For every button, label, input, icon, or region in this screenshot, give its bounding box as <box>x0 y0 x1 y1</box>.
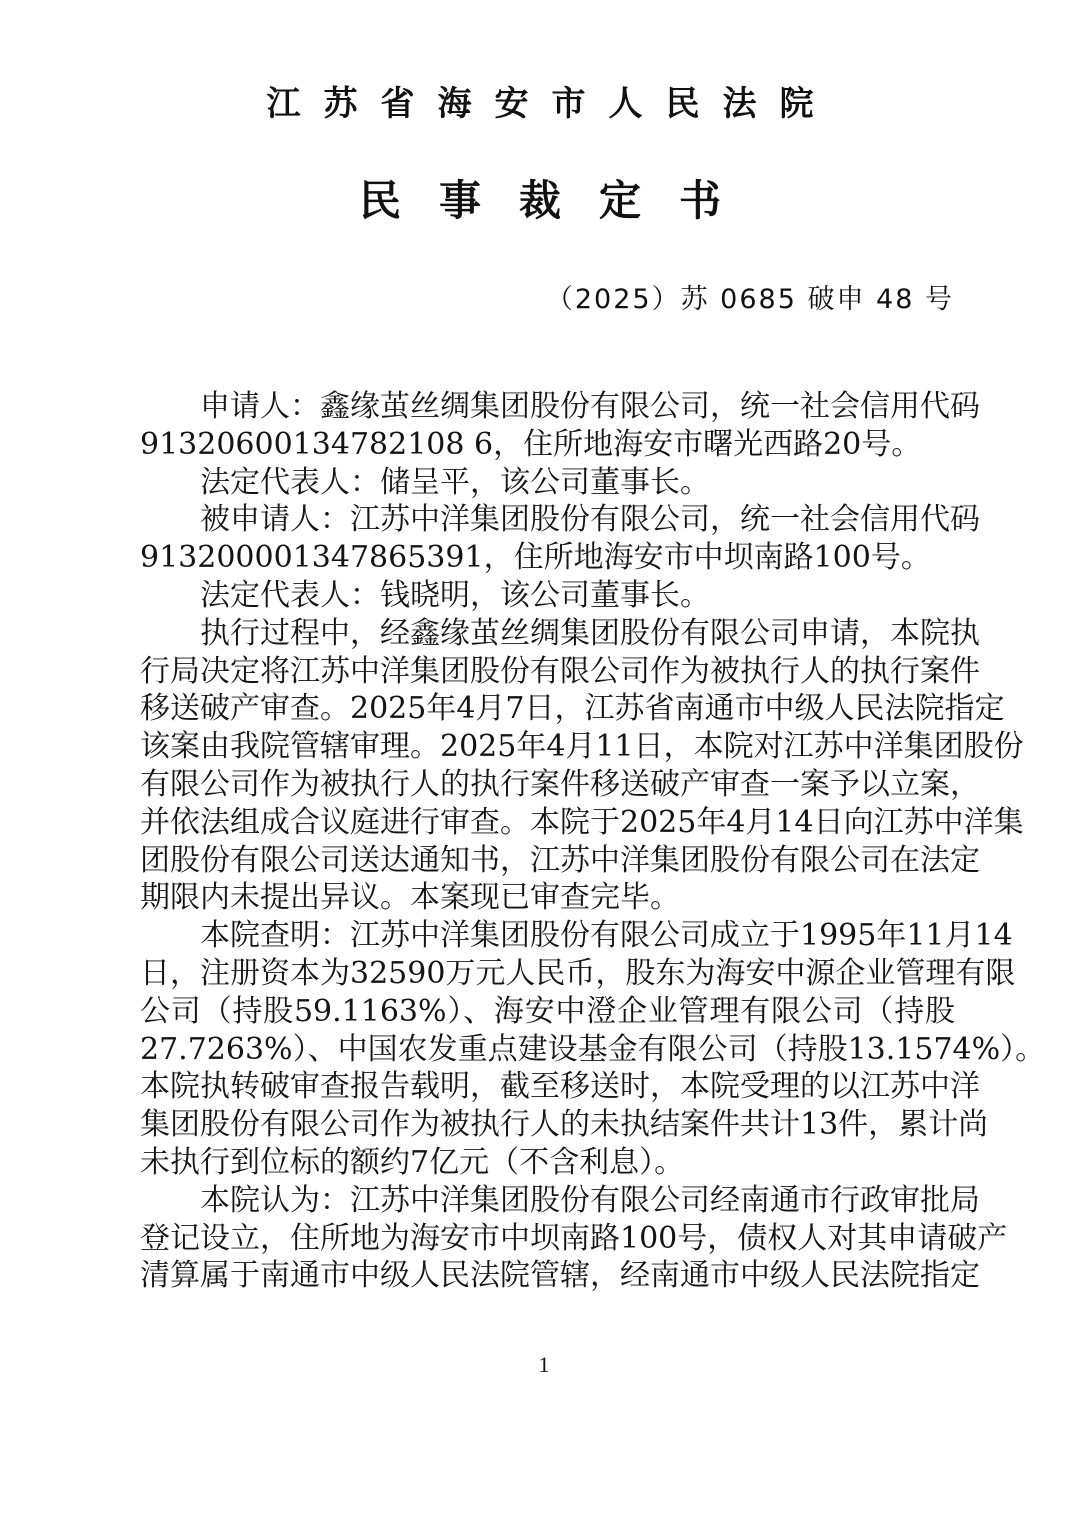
document-type-heading: 民事裁定书 <box>0 172 1080 230</box>
paragraph-line: 本院查明：江苏中洋集团股份有限公司成立于1995年11月14 <box>140 917 955 955</box>
court-name-heading: 江苏省海安市人民法院 <box>0 80 1080 128</box>
paragraph-line: 清算属于南通市中级人民法院管辖，经南通市中级人民法院指定 <box>140 1257 955 1295</box>
paragraph-line: 有限公司作为被执行人的执行案件移送破产审查一案予以立案， <box>140 766 955 804</box>
document-page: 江苏省海安市人民法院 民事裁定书 （2025）苏 0685 破申 48 号 申请… <box>0 0 1080 1528</box>
paragraph-line: 913200001347865391，住所地海安市中坝南路100号。 <box>140 539 955 577</box>
page-number: 1 <box>0 1352 1080 1378</box>
ruling-body: 申请人：鑫缘茧丝绸集团股份有限公司，统一社会信用代码 9132060013478… <box>140 388 955 1295</box>
paragraph-line: 公司（持股59.1163%）、海安中澄企业管理有限公司（持股 <box>140 993 955 1031</box>
paragraph-line: 法定代表人：储呈平，该公司董事长。 <box>140 464 955 502</box>
paragraph-line: 本院认为：江苏中洋集团股份有限公司经南通市行政审批局 <box>140 1182 955 1220</box>
paragraph-line: 本院执转破审查报告载明，截至移送时，本院受理的以江苏中洋 <box>140 1068 955 1106</box>
paragraph-line: 申请人：鑫缘茧丝绸集团股份有限公司，统一社会信用代码 <box>140 388 955 426</box>
case-number: （2025）苏 0685 破申 48 号 <box>546 280 954 320</box>
paragraph-line: 91320600134782108 6，住所地海安市曙光西路20号。 <box>140 426 955 464</box>
paragraph-line: 27.7263%）、中国农发重点建设基金有限公司（持股13.1574%）。 <box>140 1031 955 1069</box>
paragraph-line: 期限内未提出异议。本案现已审查完毕。 <box>140 879 955 917</box>
paragraph-line: 登记设立，住所地为海安市中坝南路100号，债权人对其申请破产 <box>140 1220 955 1258</box>
paragraph-line: 法定代表人：钱晓明，该公司董事长。 <box>140 577 955 615</box>
paragraph-line: 团股份有限公司送达通知书，江苏中洋集团股份有限公司在法定 <box>140 842 955 880</box>
paragraph-line: 该案由我院管辖审理。2025年4月11日，本院对江苏中洋集团股份 <box>140 728 955 766</box>
paragraph-line: 被申请人：江苏中洋集团股份有限公司，统一社会信用代码 <box>140 501 955 539</box>
paragraph-line: 行局决定将江苏中洋集团股份有限公司作为被执行人的执行案件 <box>140 653 955 691</box>
paragraph-line: 集团股份有限公司作为被执行人的未执结案件共计13件，累计尚 <box>140 1106 955 1144</box>
paragraph-line: 未执行到位标的额约7亿元（不含利息）。 <box>140 1144 955 1182</box>
paragraph-line: 并依法组成合议庭进行审查。本院于2025年4月14日向江苏中洋集 <box>140 804 955 842</box>
paragraph-line: 日，注册资本为32590万元人民币，股东为海安中源企业管理有限 <box>140 955 955 993</box>
paragraph-line: 执行过程中，经鑫缘茧丝绸集团股份有限公司申请，本院执 <box>140 615 955 653</box>
paragraph-line: 移送破产审查。2025年4月7日，江苏省南通市中级人民法院指定 <box>140 690 955 728</box>
